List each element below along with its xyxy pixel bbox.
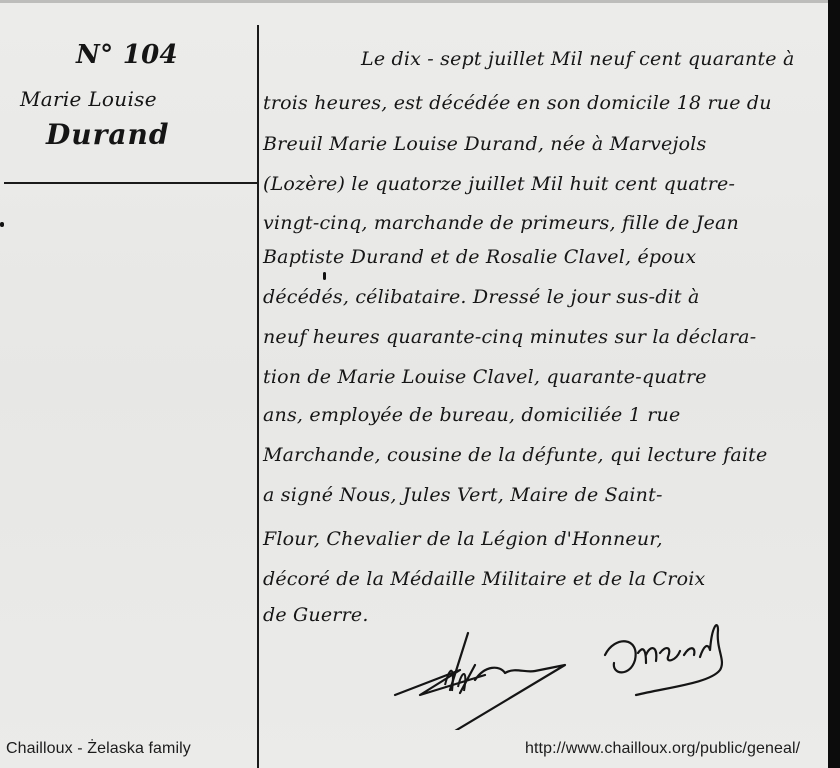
record-line: Breuil Marie Louise Durand, née à Marvej… bbox=[263, 133, 706, 155]
record-line: Flour, Chevalier de la Légion d'Honneur, bbox=[263, 528, 663, 550]
page-top-shade bbox=[0, 0, 828, 3]
record-line: Baptiste Durand et de Rosalie Clavel, ép… bbox=[263, 246, 696, 268]
entry-surname: Durand bbox=[46, 118, 169, 151]
record-line: décoré de la Médaille Militaire et de la… bbox=[263, 568, 705, 590]
mayor-signature-icon bbox=[600, 615, 730, 705]
ink-spot bbox=[323, 272, 326, 280]
record-line: (Lozère) le quatorze juillet Mil huit ce… bbox=[263, 173, 735, 195]
entry-number: N° 104 bbox=[76, 40, 178, 70]
record-line: neuf heures quarante-cinq minutes sur la… bbox=[263, 326, 756, 348]
record-line: Marchande, cousine de la défunte, qui le… bbox=[263, 444, 767, 466]
footer-website-link[interactable]: http://www.chailloux.org/public/geneal/ bbox=[525, 740, 800, 758]
scan-dark-edge bbox=[828, 0, 840, 768]
margin-vertical-rule bbox=[257, 25, 259, 768]
record-line: trois heures, est décédée en son domicil… bbox=[263, 92, 772, 114]
record-line: a signé Nous, Jules Vert, Maire de Saint… bbox=[263, 484, 663, 506]
record-line: Le dix - sept juillet Mil neuf cent quar… bbox=[361, 48, 795, 70]
entry-given-names: Marie Louise bbox=[20, 87, 157, 111]
record-line: tion de Marie Louise Clavel, quarante-qu… bbox=[263, 366, 707, 388]
record-line: ans, employée de bureau, domiciliée 1 ru… bbox=[263, 404, 680, 426]
ink-spot bbox=[0, 222, 4, 227]
record-line: vingt-cinq, marchande de primeurs, fille… bbox=[263, 212, 739, 234]
register-page: N° 104 Marie Louise Durand Le dix - sept… bbox=[0, 0, 828, 768]
record-line: de Guerre. bbox=[263, 604, 369, 626]
footer-family-label: Chailloux - Żelaska family bbox=[6, 740, 191, 758]
record-line: décédés, célibataire. Dressé le jour sus… bbox=[263, 286, 700, 308]
declarant-signature-icon bbox=[390, 625, 590, 730]
margin-horizontal-rule bbox=[4, 182, 258, 184]
